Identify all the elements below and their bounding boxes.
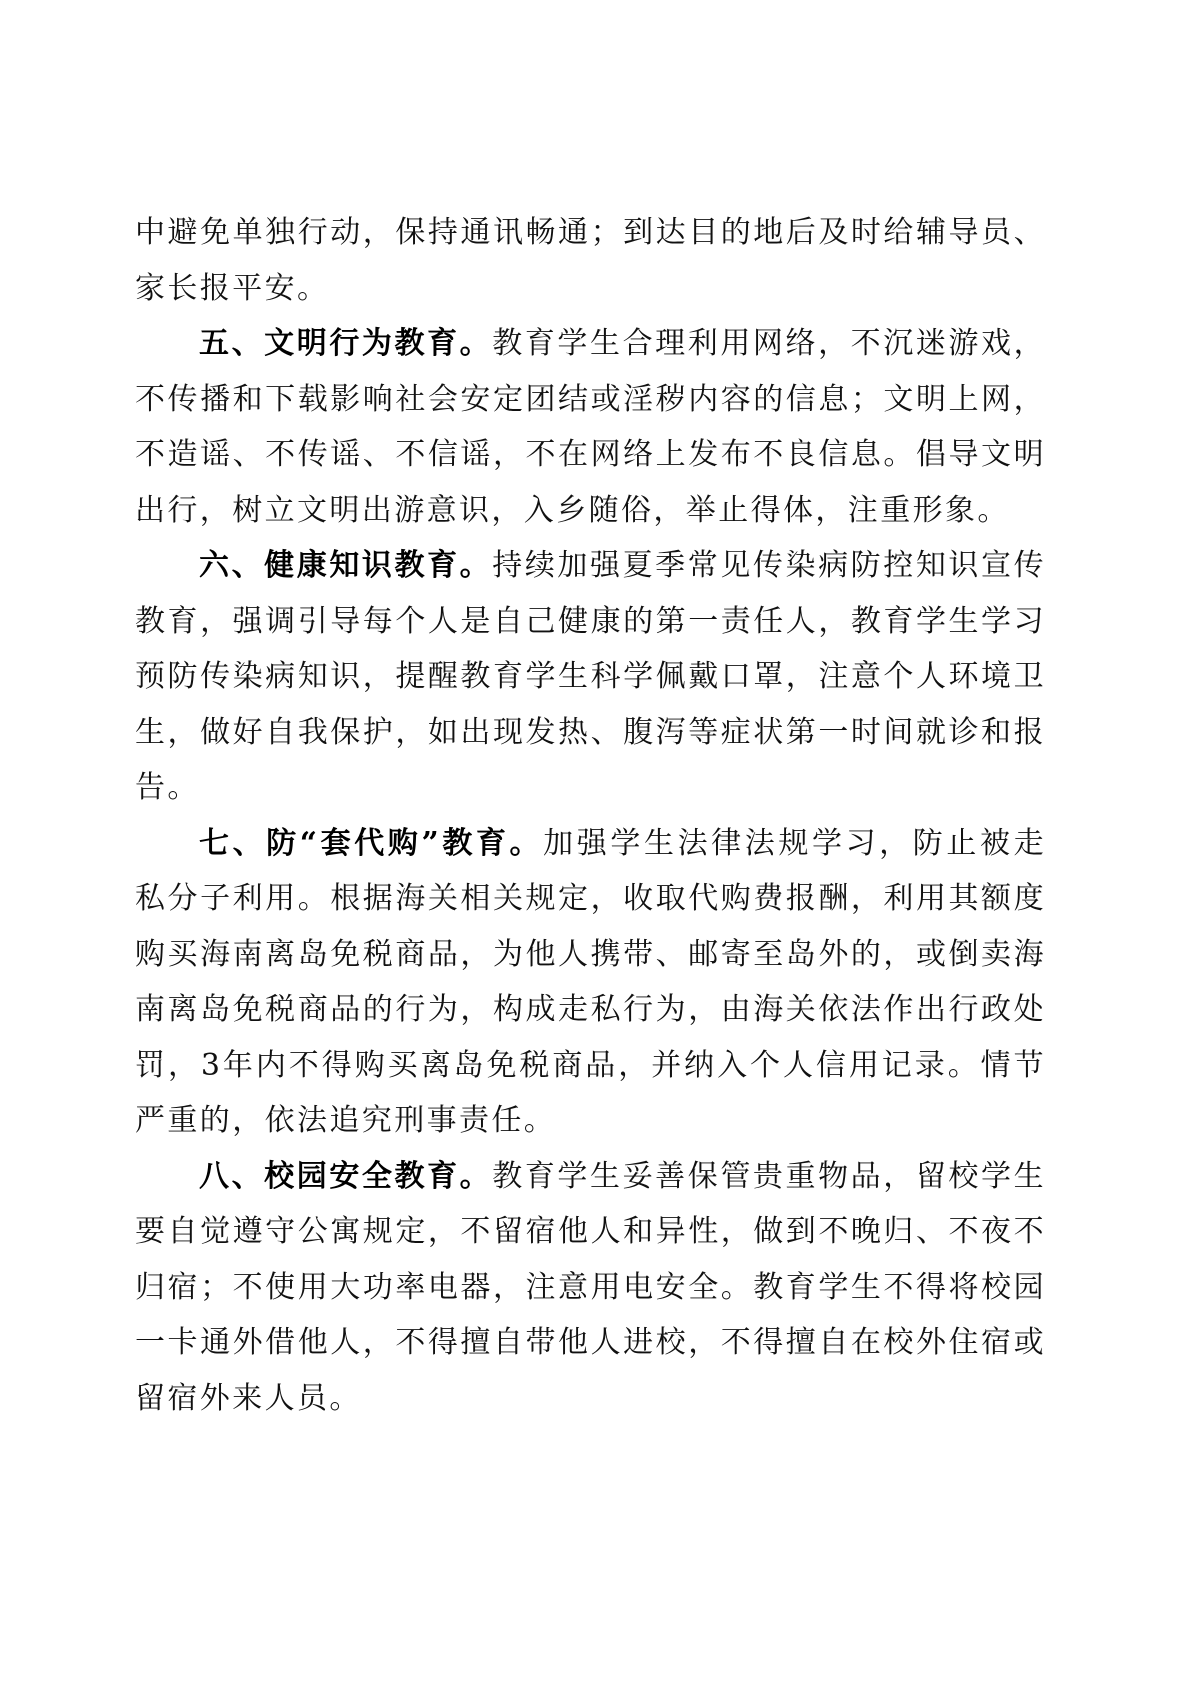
paragraph-text: 持续加强夏季常见传染病防控知识宣传教育，强调引导每个人是自己健康的第一责任人，教… (135, 548, 1046, 805)
paragraph-heading: 八、校园安全教育。 (199, 1159, 492, 1194)
paragraph-text: 教育学生妥善保管贵重物品，留校学生要自觉遵守公寓规定，不留宿他人和异性，做到不晚… (135, 1159, 1046, 1416)
document-page: 中避免单独行动，保持通讯畅通；到达目的地后及时给辅导员、家长报平安。 五、文明行… (0, 0, 1190, 1683)
paragraph-heading: 七、防“套代购”教育。 (199, 826, 543, 861)
document-body: 中避免单独行动，保持通讯畅通；到达目的地后及时给辅导员、家长报平安。 五、文明行… (135, 205, 1046, 1426)
paragraph-text: 中避免单独行动，保持通讯畅通；到达目的地后及时给辅导员、家长报平安。 (135, 215, 1046, 306)
paragraph-text: 加强学生法律法规学习，防止被走私分子利用。根据海关相关规定，收取代购费报酬，利用… (135, 826, 1046, 1139)
paragraph-civilized-behavior: 五、文明行为教育。教育学生合理利用网络，不沉迷游戏，不传播和下载影响社会安定团结… (135, 316, 1046, 538)
paragraph-heading: 六、健康知识教育。 (199, 548, 492, 583)
paragraph-heading: 五、文明行为教育。 (199, 326, 492, 361)
paragraph-campus-safety: 八、校园安全教育。教育学生妥善保管贵重物品，留校学生要自觉遵守公寓规定，不留宿他… (135, 1149, 1046, 1427)
paragraph-anti-proxy-purchase: 七、防“套代购”教育。加强学生法律法规学习，防止被走私分子利用。根据海关相关规定… (135, 816, 1046, 1149)
paragraph-health-knowledge: 六、健康知识教育。持续加强夏季常见传染病防控知识宣传教育，强调引导每个人是自己健… (135, 538, 1046, 816)
paragraph-continuation: 中避免单独行动，保持通讯畅通；到达目的地后及时给辅导员、家长报平安。 (135, 205, 1046, 316)
